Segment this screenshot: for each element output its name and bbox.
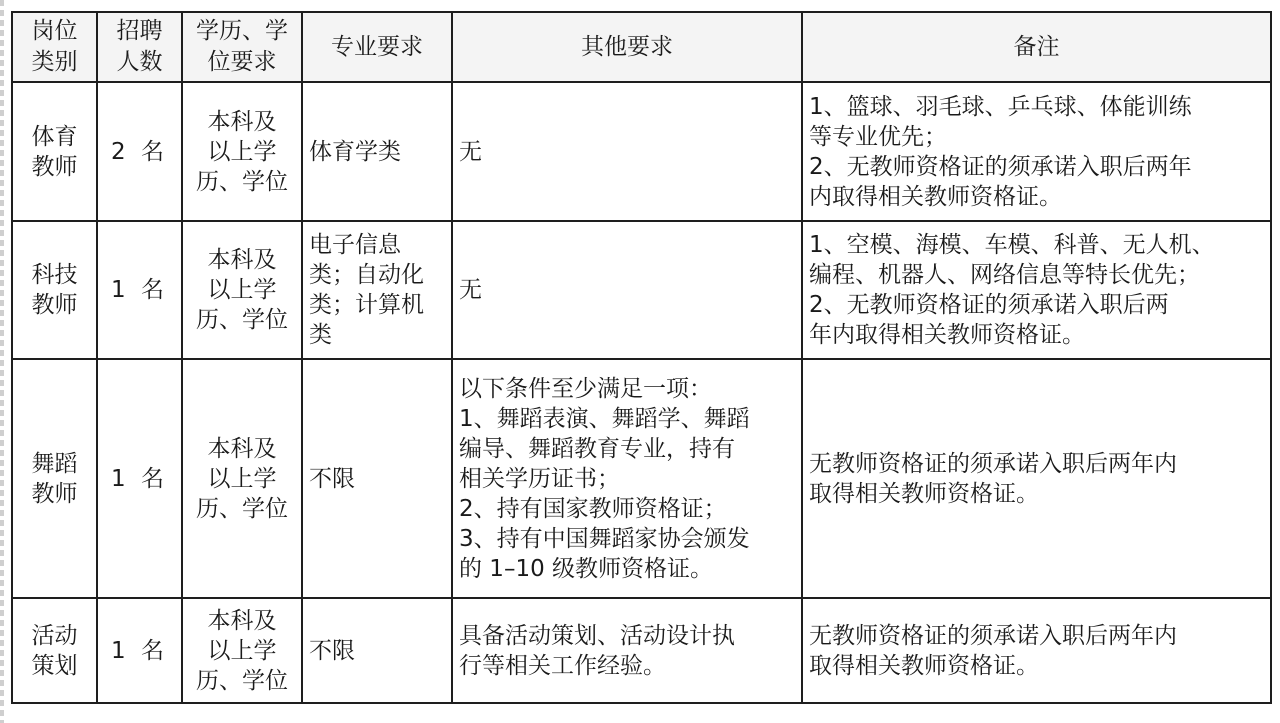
header-row: 岗位 类别 招聘 人数 学历、学 位要求 专业要求 其他要求 备注 — [12, 12, 1271, 82]
cell-category: 活动 策划 — [12, 598, 97, 703]
cell-major: 不限 — [302, 598, 452, 703]
cell-major: 体育学类 — [302, 82, 452, 221]
cell-remarks: 无教师资格证的须承诺入职后两年内 取得相关教师资格证。 — [802, 598, 1271, 703]
header-count: 招聘 人数 — [97, 12, 182, 82]
cell-other: 无 — [452, 82, 802, 221]
cell-education: 本科及 以上学 历、学位 — [182, 598, 302, 703]
table-row: 科技 教师 1 名 本科及 以上学 历、学位 电子信息 类；自动化 类；计算机 … — [12, 221, 1271, 359]
table-row: 活动 策划 1 名 本科及 以上学 历、学位 不限 具备活动策划、活动设计执 行… — [12, 598, 1271, 703]
cell-education: 本科及 以上学 历、学位 — [182, 359, 302, 598]
header-other: 其他要求 — [452, 12, 802, 82]
cell-major: 电子信息 类；自动化 类；计算机 类 — [302, 221, 452, 359]
cell-remarks: 无教师资格证的须承诺入职后两年内 取得相关教师资格证。 — [802, 359, 1271, 598]
header-major: 专业要求 — [302, 12, 452, 82]
cell-count: 1 名 — [97, 221, 182, 359]
cell-major: 不限 — [302, 359, 452, 598]
header-education: 学历、学 位要求 — [182, 12, 302, 82]
header-category: 岗位 类别 — [12, 12, 97, 82]
cell-category: 体育 教师 — [12, 82, 97, 221]
cell-education: 本科及 以上学 历、学位 — [182, 82, 302, 221]
page-edge-decoration — [0, 0, 4, 723]
cell-other: 以下条件至少满足一项： 1、舞蹈表演、舞蹈学、舞蹈 编导、舞蹈教育专业，持有 相… — [452, 359, 802, 598]
cell-count: 1 名 — [97, 598, 182, 703]
cell-remarks: 1、空模、海模、车模、科普、无人机、 编程、机器人、网络信息等特长优先； 2、无… — [802, 221, 1271, 359]
cell-other: 无 — [452, 221, 802, 359]
header-remarks: 备注 — [802, 12, 1271, 82]
cell-category: 科技 教师 — [12, 221, 97, 359]
cell-remarks: 1、篮球、羽毛球、乒乓球、体能训练 等专业优先； 2、无教师资格证的须承诺入职后… — [802, 82, 1271, 221]
recruitment-table: 岗位 类别 招聘 人数 学历、学 位要求 专业要求 其他要求 备注 体育 教师 … — [11, 11, 1272, 704]
cell-category: 舞蹈 教师 — [12, 359, 97, 598]
table-row: 体育 教师 2 名 本科及 以上学 历、学位 体育学类 无 1、篮球、羽毛球、乒… — [12, 82, 1271, 221]
table-row: 舞蹈 教师 1 名 本科及 以上学 历、学位 不限 以下条件至少满足一项： 1、… — [12, 359, 1271, 598]
cell-count: 1 名 — [97, 359, 182, 598]
cell-other: 具备活动策划、活动设计执 行等相关工作经验。 — [452, 598, 802, 703]
cell-count: 2 名 — [97, 82, 182, 221]
cell-education: 本科及 以上学 历、学位 — [182, 221, 302, 359]
